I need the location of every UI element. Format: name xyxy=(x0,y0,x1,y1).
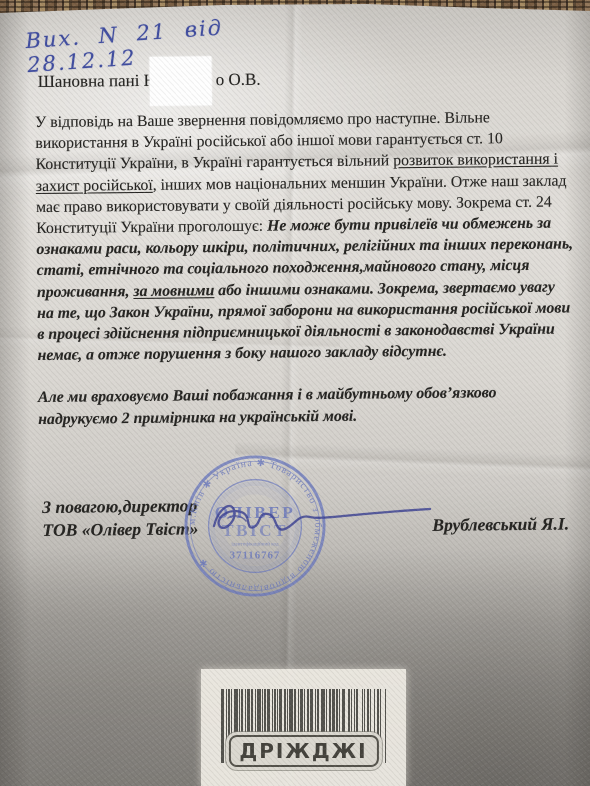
stamp-code-number: 37116767 xyxy=(230,550,281,562)
body-paragraph-1: У відповідь на Ваше звернення повідомляє… xyxy=(35,106,575,366)
signature-scribble xyxy=(198,488,440,550)
barcode-watermark-panel: ДРІЖДЖІ xyxy=(201,669,406,786)
signoff-block: З повагою,директор ТОВ «Олівер Твіст» xyxy=(42,494,198,542)
greeting-prefix: Шановна пані Н xyxy=(38,71,156,91)
letter-body: У відповідь на Ваше звернення повідомляє… xyxy=(35,106,575,429)
signoff-line-2: ТОВ «Олівер Твіст» xyxy=(42,517,198,542)
greeting-line: Шановна пані Н о О.В. xyxy=(38,71,156,92)
barcode-label: ДРІЖДЖІ xyxy=(228,735,378,767)
redaction-box xyxy=(149,56,212,106)
photo-of-letter: Вих. N 21 від 28.12.12 Шановна пані Н о … xyxy=(0,0,590,786)
signer-name: Врублевський Я.І. xyxy=(432,513,569,535)
signoff-line-1: З повагою,директор xyxy=(42,494,198,519)
underlined-phrase: за мовними xyxy=(133,282,214,300)
greeting-suffix: о О.В. xyxy=(216,70,261,90)
body-paragraph-2: Але ми враховуємо Ваші побажання і в май… xyxy=(38,382,575,430)
